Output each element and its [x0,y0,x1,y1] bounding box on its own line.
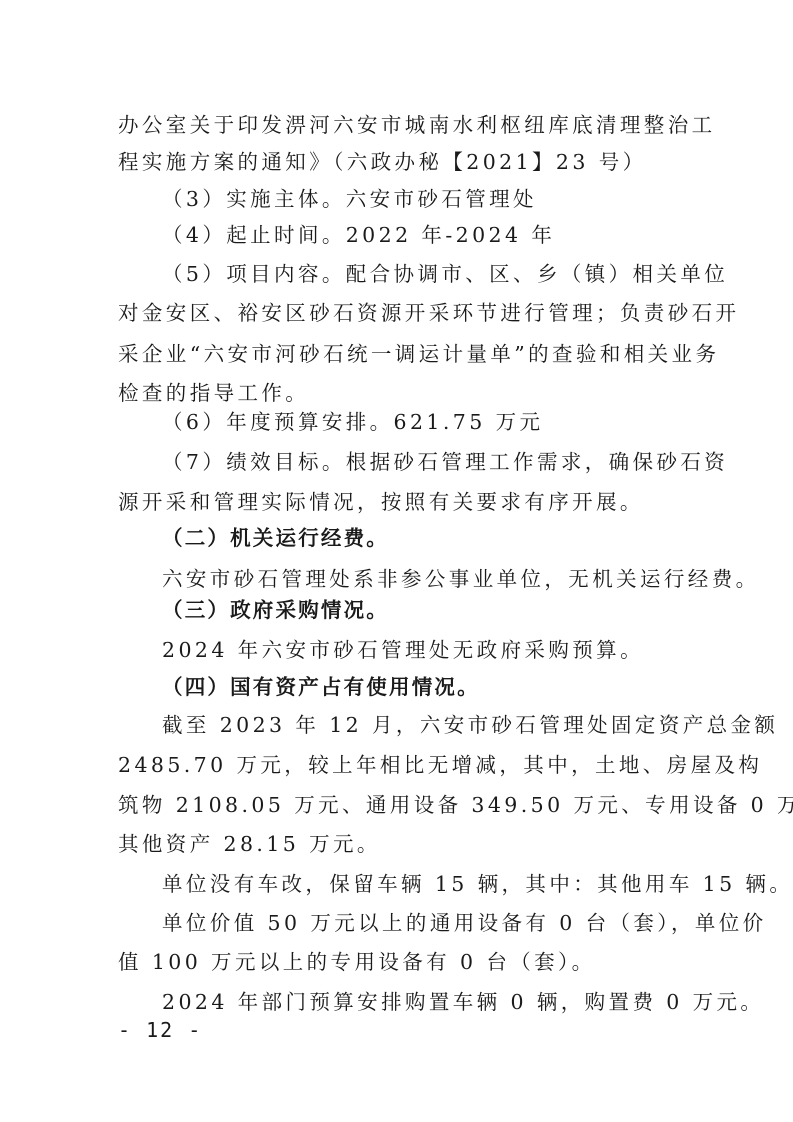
text-line: （3）实施主体。六安市砂石管理处 [162,186,732,212]
page-number: - 12 - [118,1017,202,1043]
text-line: 办公室关于印发淠河六安市城南水利枢纽库底清理整治工 [118,112,688,138]
text-line: 源开采和管理实际情况，按照有关要求有序开展。 [118,489,688,515]
text-line: 对金安区、裕安区砂石资源开采环节进行管理；负责砂石开 [118,300,688,326]
text-line: （7）绩效目标。根据砂石管理工作需求，确保砂石资 [162,449,732,475]
section-heading: （二）机关运行经费。 [162,525,732,551]
text-line: 单位没有车改，保留车辆 15 辆，其中：其他用车 15 辆。 [162,871,732,897]
text-line: 程实施方案的通知》（六政办秘【2021】23 号） [118,149,688,175]
text-line: （5）项目内容。配合协调市、区、乡（镇）相关单位 [162,261,732,287]
section-heading: （三）政府采购情况。 [162,597,732,623]
text-line: 2024 年六安市砂石管理处无政府采购预算。 [162,637,732,663]
text-line: 单位价值 50 万元以上的通用设备有 0 台（套），单位价 [162,910,732,936]
text-line: 2485.70 万元，较上年相比无增减，其中，土地、房屋及构 [118,752,688,778]
text-line: 采企业“六安市河砂石统一调运计量单”的查验和相关业务 [118,341,688,367]
text-line: 2024 年部门预算安排购置车辆 0 辆，购置费 0 万元。 [162,989,732,1015]
document-page: 办公室关于印发淠河六安市城南水利枢纽库底清理整治工程实施方案的通知》（六政办秘【… [0,0,793,1122]
text-line: 值 100 万元以上的专用设备有 0 台（套）。 [118,949,688,975]
text-line: （4）起止时间。2022 年-2024 年 [162,222,732,248]
text-line: 截至 2023 年 12 月，六安市砂石管理处固定资产总金额 [162,712,732,738]
text-line: 筑物 2108.05 万元、通用设备 349.50 万元、专用设备 0 万元、 [118,792,688,818]
text-line: （6）年度预算安排。621.75 万元 [162,409,732,435]
text-line: 六安市砂石管理处系非参公事业单位，无机关运行经费。 [162,566,732,592]
text-line: 其他资产 28.15 万元。 [118,831,688,857]
section-heading: （四）国有资产占有使用情况。 [162,674,732,700]
text-line: 检查的指导工作。 [118,380,688,406]
